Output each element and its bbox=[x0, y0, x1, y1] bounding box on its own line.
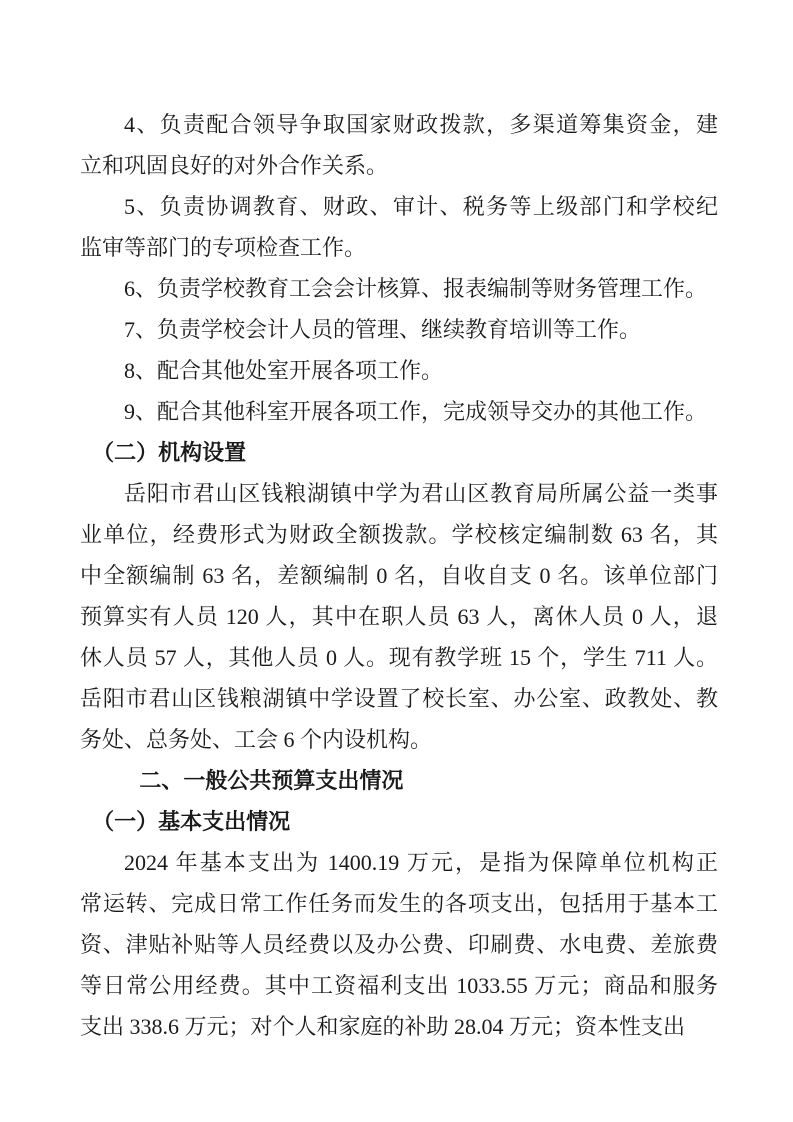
text-line: （一）基本支出情况 bbox=[80, 801, 718, 842]
text-line: 等日常公用经费。其中工资福利支出 1033.55 万元；商品和服务 bbox=[80, 965, 718, 1006]
text-line: 二、一般公共预算支出情况 bbox=[80, 760, 718, 801]
section-heading: （二）机构设置 bbox=[80, 432, 718, 473]
text-line: 务处、总务处、工会 6 个内设机构。 bbox=[80, 719, 718, 760]
text-line: 支出 338.6 万元；对个人和家庭的补助 28.04 万元；资本性支出 bbox=[80, 1006, 718, 1047]
page: 4、负责配合领导争取国家财政拨款，多渠道筹集资金，建立和巩固良好的对外合作关系。… bbox=[0, 0, 793, 1122]
text-line: 业单位，经费形式为财政全额拨款。学校核定编制数 63 名，其 bbox=[80, 514, 718, 555]
text-line: 4、负责配合领导争取国家财政拨款，多渠道筹集资金，建 bbox=[80, 104, 718, 145]
text-line: 2024 年基本支出为 1400.19 万元，是指为保障单位机构正 bbox=[80, 842, 718, 883]
section-heading: （一）基本支出情况 bbox=[80, 801, 718, 842]
text-line: 7、负责学校会计人员的管理、继续教育培训等工作。 bbox=[80, 309, 718, 350]
text-line: 立和巩固良好的对外合作关系。 bbox=[80, 145, 718, 186]
text-line: 5、负责协调教育、财政、审计、税务等上级部门和学校纪 bbox=[80, 186, 718, 227]
text-line: 常运转、完成日常工作任务而发生的各项支出，包括用于基本工 bbox=[80, 883, 718, 924]
document-page: { "page": { "background": "#ffffff", "te… bbox=[0, 0, 793, 1122]
paragraph: 4、负责配合领导争取国家财政拨款，多渠道筹集资金，建立和巩固良好的对外合作关系。 bbox=[80, 104, 718, 186]
paragraph: 7、负责学校会计人员的管理、继续教育培训等工作。 bbox=[80, 309, 718, 350]
section-heading: 二、一般公共预算支出情况 bbox=[80, 760, 718, 801]
paragraph: 2024 年基本支出为 1400.19 万元，是指为保障单位机构正常运转、完成日… bbox=[80, 842, 718, 1047]
text-line: 资、津贴补贴等人员经费以及办公费、印刷费、水电费、差旅费 bbox=[80, 924, 718, 965]
paragraph: 岳阳市君山区钱粮湖镇中学为君山区教育局所属公益一类事业单位，经费形式为财政全额拨… bbox=[80, 473, 718, 760]
text-line: 8、配合其他处室开展各项工作。 bbox=[80, 350, 718, 391]
text-line: （二）机构设置 bbox=[80, 432, 718, 473]
text-line: 9、配合其他科室开展各项工作，完成领导交办的其他工作。 bbox=[80, 391, 718, 432]
text-line: 预算实有人员 120 人，其中在职人员 63 人，离休人员 0 人，退 bbox=[80, 596, 718, 637]
text-line: 6、负责学校教育工会会计核算、报表编制等财务管理工作。 bbox=[80, 268, 718, 309]
text-line: 岳阳市君山区钱粮湖镇中学为君山区教育局所属公益一类事 bbox=[80, 473, 718, 514]
paragraph: 9、配合其他科室开展各项工作，完成领导交办的其他工作。 bbox=[80, 391, 718, 432]
text-line: 岳阳市君山区钱粮湖镇中学设置了校长室、办公室、政教处、教 bbox=[80, 678, 718, 719]
text-line: 中全额编制 63 名，差额编制 0 名，自收自支 0 名。该单位部门 bbox=[80, 555, 718, 596]
paragraph: 6、负责学校教育工会会计核算、报表编制等财务管理工作。 bbox=[80, 268, 718, 309]
paragraph: 8、配合其他处室开展各项工作。 bbox=[80, 350, 718, 391]
text-line: 监审等部门的专项检查工作。 bbox=[80, 227, 718, 268]
paragraph: 5、负责协调教育、财政、审计、税务等上级部门和学校纪监审等部门的专项检查工作。 bbox=[80, 186, 718, 268]
text-line: 休人员 57 人，其他人员 0 人。现有教学班 15 个，学生 711 人。 bbox=[80, 637, 718, 678]
